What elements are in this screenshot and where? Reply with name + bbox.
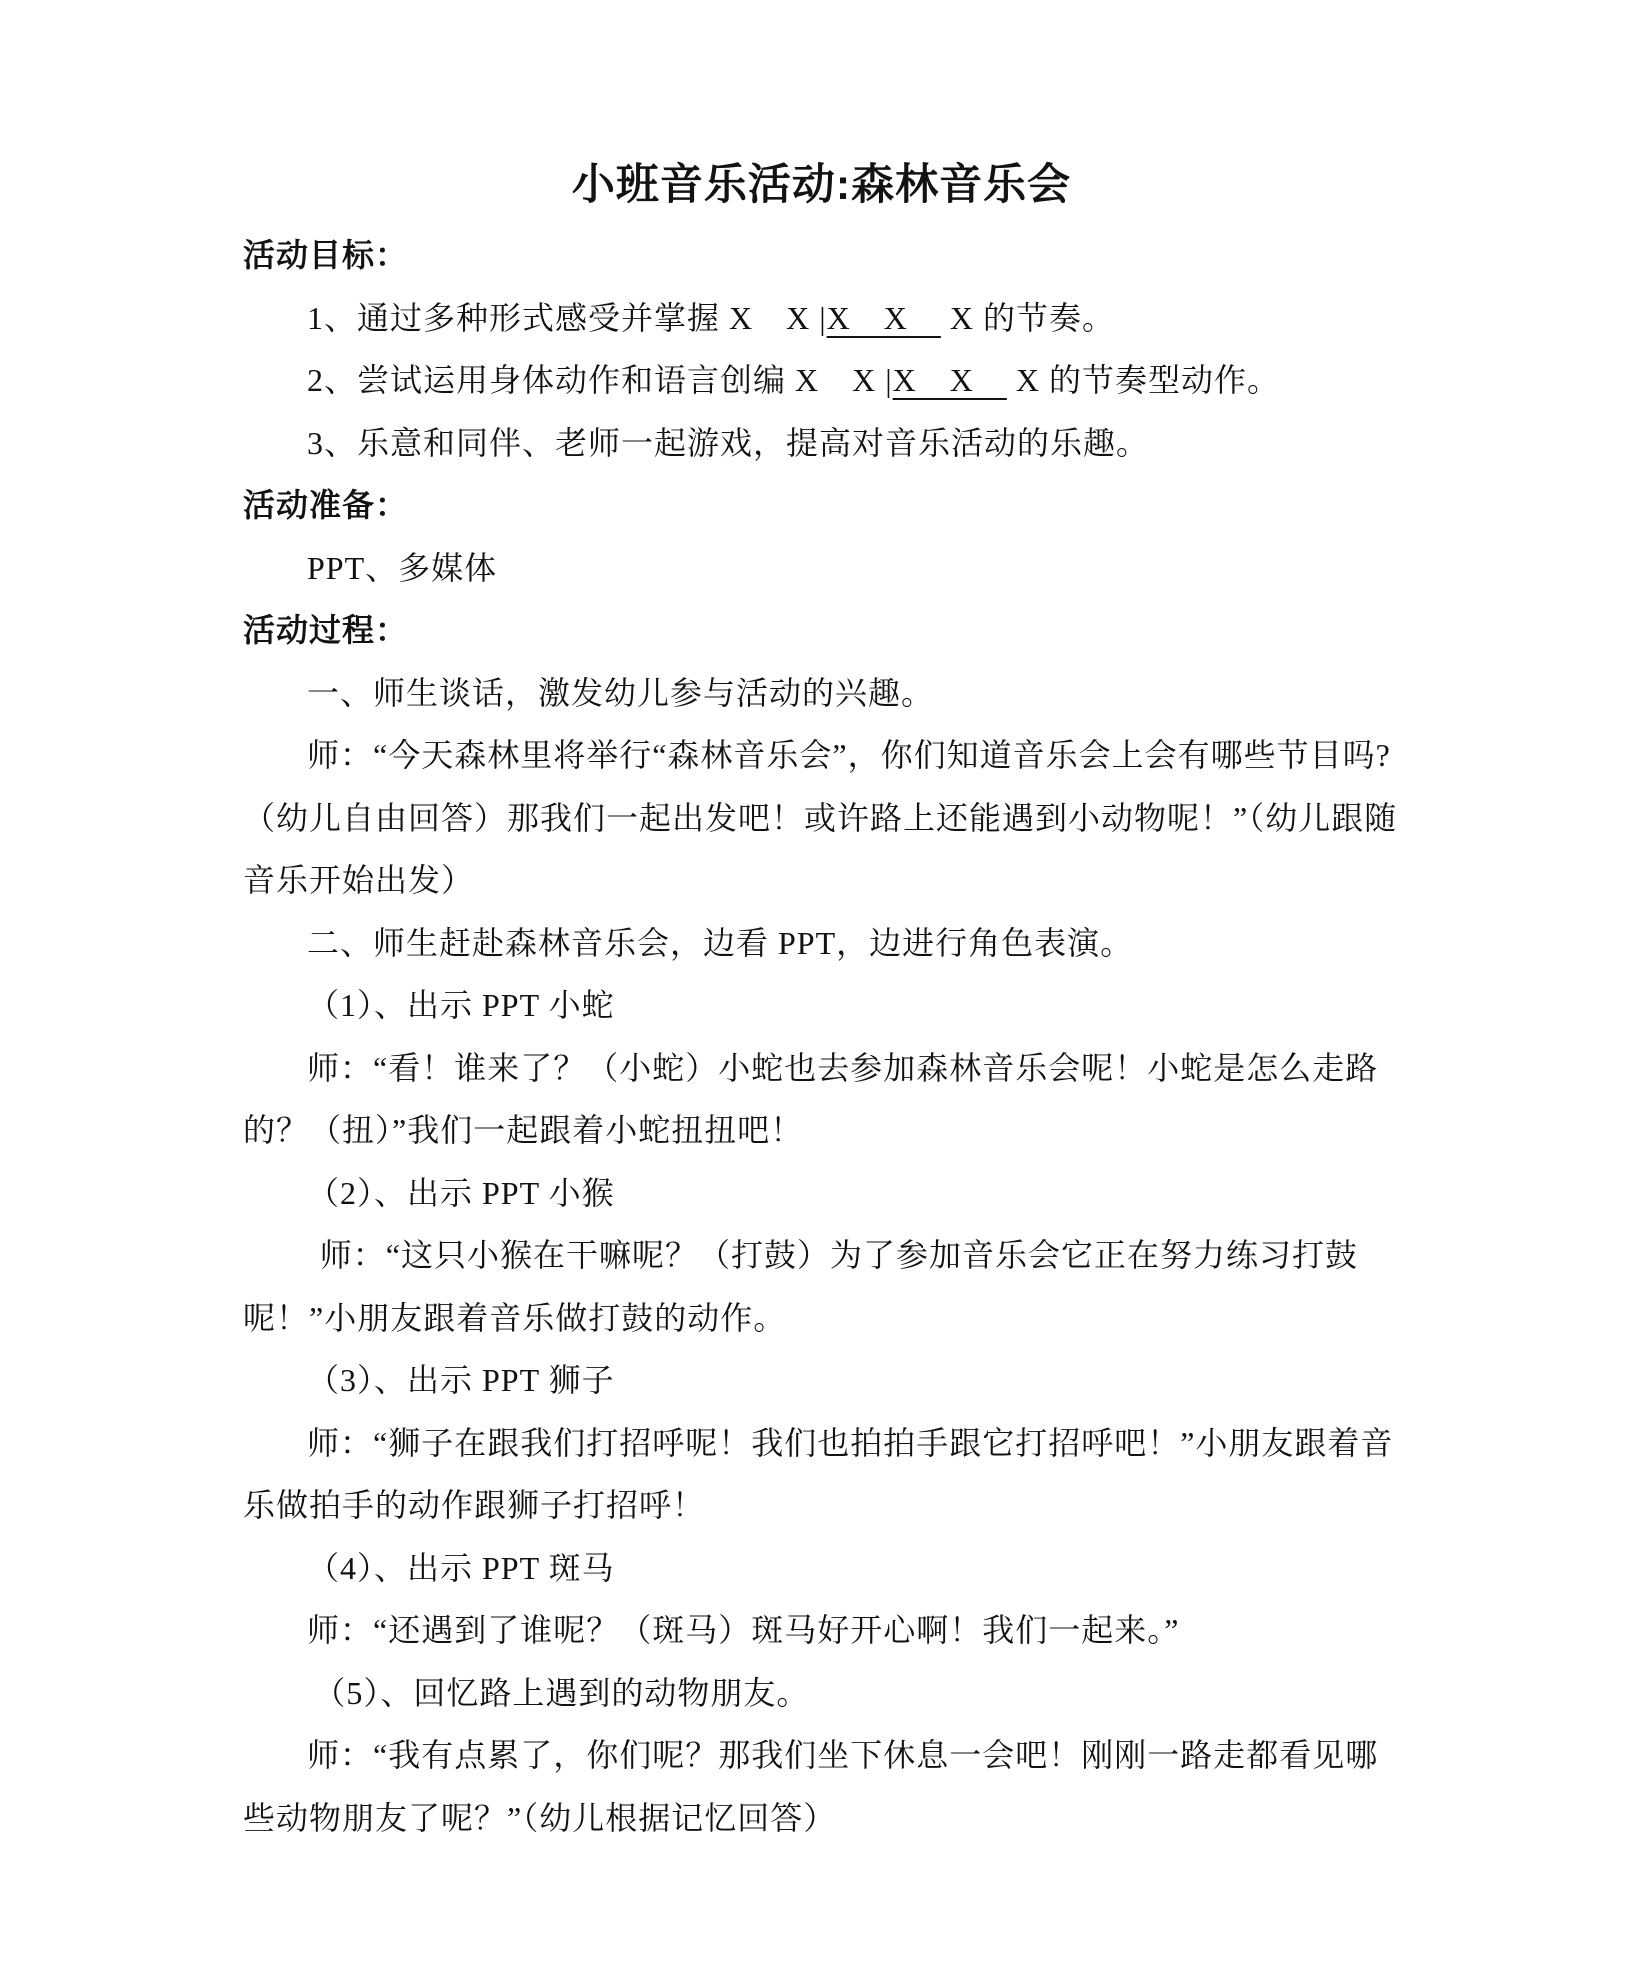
process-sub-4-teacher-line: 师：“还遇到了谁呢？（斑马）斑马好开心啊！我们一起来。” bbox=[243, 1599, 1400, 1662]
goal-item-1: 1、通过多种形式感受并掌握 X X |X X X 的节奏。 bbox=[243, 287, 1400, 350]
preparation-item: PPT、多媒体 bbox=[243, 537, 1400, 600]
process-step-1: 一、师生谈话，激发幼儿参与活动的兴趣。 bbox=[243, 662, 1400, 725]
process-sub-1-label: （1）、出示 PPT 小蛇 bbox=[243, 974, 1400, 1037]
process-sub-3-label: （3）、出示 PPT 狮子 bbox=[243, 1349, 1400, 1412]
goal-item-3: 3、乐意和同伴、老师一起游戏，提高对音乐活动的乐趣。 bbox=[243, 412, 1400, 475]
process-sub-1-teacher-line: 师：“看！谁来了？（小蛇）小蛇也去参加森林音乐会呢！小蛇是怎么走路的？（扭）”我… bbox=[243, 1037, 1400, 1162]
process-sub-5-teacher-line: 师：“我有点累了，你们呢？那我们坐下休息一会吧！刚刚一路走都看见哪些动物朋友了呢… bbox=[243, 1724, 1400, 1849]
process-step-1-teacher-line: 师：“今天森林里将举行“森林音乐会”，你们知道音乐会上会有哪些节目吗?（幼儿自由… bbox=[243, 724, 1400, 912]
page-title: 小班音乐活动:森林音乐会 bbox=[243, 146, 1400, 224]
process-sub-2-label: （2）、出示 PPT 小猴 bbox=[243, 1162, 1400, 1225]
process-sub-4-label: （4）、出示 PPT 斑马 bbox=[243, 1537, 1400, 1600]
rhythm-barline-1: | bbox=[819, 300, 826, 336]
process-step-2: 二、师生赶赴森林音乐会，边看 PPT，边进行角色表演。 bbox=[243, 912, 1400, 975]
goal-item-1-text: 1、通过多种形式感受并掌握 X X bbox=[307, 300, 819, 336]
goal-item-2: 2、尝试运用身体动作和语言创编 X X |X X X 的节奏型动作。 bbox=[243, 349, 1400, 412]
heading-activity-goals: 活动目标： bbox=[243, 224, 1400, 287]
document-page: 小班音乐活动:森林音乐会 活动目标： 1、通过多种形式感受并掌握 X X |X … bbox=[0, 0, 1632, 1987]
heading-activity-preparation: 活动准备： bbox=[243, 474, 1400, 537]
rhythm-underline-2: X X bbox=[893, 362, 1007, 398]
goal-item-2-text: 2、尝试运用身体动作和语言创编 X X bbox=[307, 362, 885, 398]
process-sub-2-teacher-line: 师：“这只小猴在干嘛呢？（打鼓）为了参加音乐会它正在努力练习打鼓呢！”小朋友跟着… bbox=[243, 1224, 1400, 1349]
goal-item-1-tail: X 的节奏。 bbox=[941, 300, 1115, 336]
process-sub-5-label: （5）、回忆路上遇到的动物朋友。 bbox=[243, 1662, 1400, 1725]
process-sub-3-teacher-line: 师：“狮子在跟我们打招呼呢！我们也拍拍手跟它打招呼吧！”小朋友跟着音乐做拍手的动… bbox=[243, 1412, 1400, 1537]
goal-item-2-tail: X 的节奏型动作。 bbox=[1007, 362, 1280, 398]
rhythm-barline-2: | bbox=[885, 362, 892, 398]
rhythm-underline-1: X X bbox=[827, 300, 941, 336]
heading-activity-process: 活动过程： bbox=[243, 599, 1400, 662]
